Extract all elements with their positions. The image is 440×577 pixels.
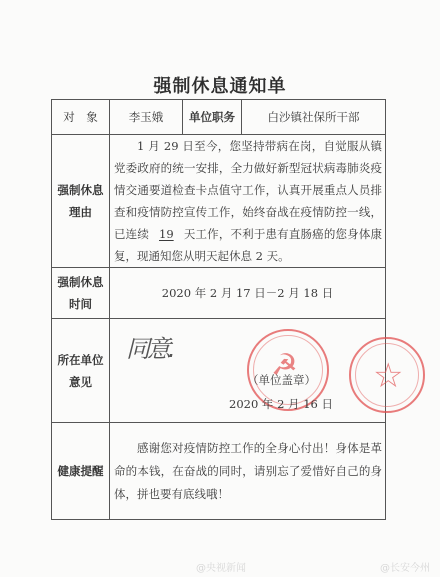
subject-label: 对 象 (52, 100, 110, 134)
opinion-date: 2020 年 2 月 16 日 (229, 396, 333, 412)
document-title: 强制休息通知单 (0, 72, 440, 98)
rest-time-value: 2020 年 2 月 17 日－2 月 18 日 (110, 268, 385, 318)
handwritten-signature: 同意. (126, 329, 173, 364)
rest-time-label: 强制休息 时间 (52, 268, 110, 318)
star-icon: ☆ (373, 359, 403, 393)
rest-time-label-line2: 时间 (69, 293, 92, 315)
reason-text-before: 1 月 29 日至今，您坚持带病在岗，自觉服从镇党委政府的统一安排，全力做好新型… (114, 139, 382, 241)
days-worked: 19 (149, 227, 184, 241)
health-reminder-row: 健康提醒 感谢您对疫情防控工作的全身心付出！身体是革命的本钱，在奋战的同时，请别… (52, 423, 385, 519)
watermark-right: @长安今州 (380, 559, 430, 574)
unit-opinion-label-line2: 意见 (69, 371, 92, 393)
reason-label-line2: 理由 (69, 201, 92, 223)
reason-label: 强制休息 理由 (52, 135, 110, 267)
position-label: 单位职务 (183, 100, 242, 134)
rest-time-label-line1: 强制休息 (58, 271, 104, 293)
unit-opinion-label: 所在单位 意见 (52, 319, 110, 422)
unit-opinion-row: 所在单位 意见 同意. ☭ ☆ （单位盖章） 2020 年 2 月 16 日 (52, 319, 385, 423)
health-reminder-text: 感谢您对疫情防控工作的全身心付出！身体是革命的本钱，在奋战的同时，请别忘了爱惜好… (110, 423, 385, 519)
unit-opinion-label-line1: 所在单位 (58, 349, 104, 371)
health-reminder-label: 健康提醒 (52, 423, 110, 519)
reason-paragraph: 1 月 29 日至今，您坚持带病在岗，自觉服从镇党委政府的统一安排，全力做好新型… (114, 135, 382, 267)
subject-name: 李玉娥 (110, 100, 183, 134)
reason-label-line1: 强制休息 (58, 179, 104, 201)
reason-row: 强制休息 理由 1 月 29 日至今，您坚持带病在岗，自觉服从镇党委政府的统一安… (52, 135, 385, 268)
watermark-left: @央视新闻 (196, 559, 246, 574)
reason-text: 1 月 29 日至今，您坚持带病在岗，自觉服从镇党委政府的统一安排，全力做好新型… (110, 135, 385, 267)
notice-table: 对 象 李玉娥 单位职务 白沙镇社保所干部 强制休息 理由 1 月 29 日至今… (51, 99, 386, 520)
position-value: 白沙镇社保所干部 (242, 100, 385, 134)
unit-opinion-content: 同意. ☭ ☆ （单位盖章） 2020 年 2 月 16 日 (110, 319, 385, 422)
seal-note: （单位盖章） (247, 372, 316, 388)
rest-time-row: 强制休息 时间 2020 年 2 月 17 日－2 月 18 日 (52, 268, 385, 319)
header-row: 对 象 李玉娥 单位职务 白沙镇社保所干部 (52, 100, 385, 135)
government-seal-stamp: ☆ (349, 337, 425, 413)
